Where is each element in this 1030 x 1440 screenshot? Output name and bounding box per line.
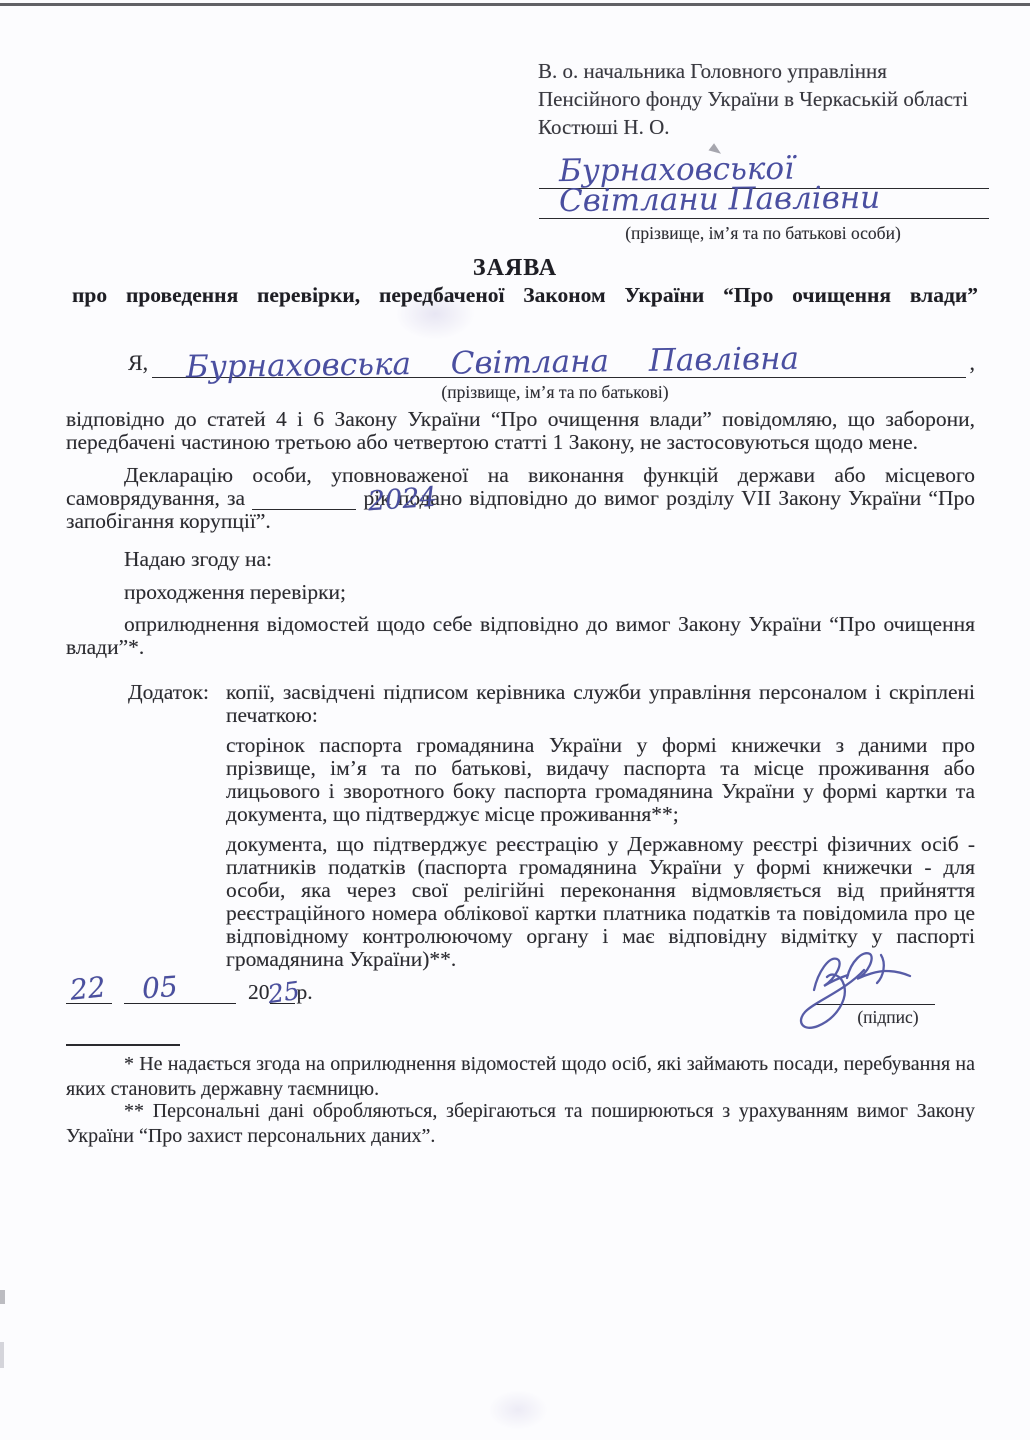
attachment-section: Додаток: копії, засвідчені підписом кері… [66,681,975,978]
date-day-blank: 22 [66,977,112,1004]
handwritten-signature [784,946,934,1036]
declarant-suffix: , [970,348,976,378]
scan-artifact [0,1290,5,1304]
consent-intro: Надаю згоду на: [66,548,975,571]
attachment-items: копії, засвідчені підписом керівника слу… [226,681,975,978]
handwritten-full-name: Бурнаховська Світлана Павлівна [186,341,799,386]
document-subtitle: про проведення перевірки, передбаченої З… [72,283,978,308]
recipient-line: Костюші Н. О. [538,113,978,141]
handwritten-given-names: Світлани Павлівни [539,179,989,220]
attachment-item: копії, засвідчені підписом керівника слу… [226,681,975,727]
document-page: В. о. начальника Головного управління Пе… [0,0,1030,1440]
scan-edge-artifact [0,3,1030,6]
consent-item-publication: оприлюднення відомостей щодо себе відпов… [66,613,975,659]
declarant-line: Я, Бурнаховська Світлана Павлівна , [66,344,975,378]
recipient-name-blank-line-2: Світлани Павлівни [539,181,989,219]
attachment-item: сторінок паспорта громадянина України у … [226,734,975,826]
handwritten-day: 22 [68,970,107,1007]
scan-artifact [0,1342,4,1368]
recipient-line: В. о. начальника Головного управління [538,57,978,85]
paragraph-law-notice: відповідно до статей 4 і 6 Закону Україн… [66,408,975,454]
recipient-line: Пенсійного фонду України в Черкаській об… [538,85,978,113]
consent-item-check: проходження перевірки; [66,581,975,604]
date-line: 22 05 20 25 р. [66,976,313,1004]
signature-block: (підпис) [786,948,966,1038]
date-month-blank: 05 [124,977,236,1004]
declarant-name-caption: (прізвище, ім’я та по батькові) [275,382,835,403]
recipient-name-caption: (прізвище, ім’я та по батькові особи) [538,223,988,244]
recipient-address-block: В. о. начальника Головного управління Пе… [538,57,978,141]
handwritten-year: 2024 [310,486,438,518]
footnote-divider [66,1044,180,1046]
declarant-name-blank: Бурнаховська Світлана Павлівна [152,343,965,378]
faint-stamp-smudge [488,1390,548,1430]
paragraph-declaration: Декларацію особи, уповноваженої на викон… [66,464,975,533]
declarant-prefix: Я, [66,348,148,378]
date-year-blank: 25 [270,979,295,1004]
footnote-2: ** Персональні дані обробляються, зберіг… [66,1099,975,1148]
declaration-year-blank: 2024 [252,487,356,510]
date-year-group: 20 25 р. [248,979,313,1004]
attachment-label: Додаток: [66,681,226,978]
handwritten-year-suffix: 25 [266,979,301,1007]
handwritten-month: 05 [141,970,179,1005]
footnote-1: * Не надається згода на оприлюднення від… [66,1052,975,1101]
document-title: ЗАЯВА [0,255,1030,282]
